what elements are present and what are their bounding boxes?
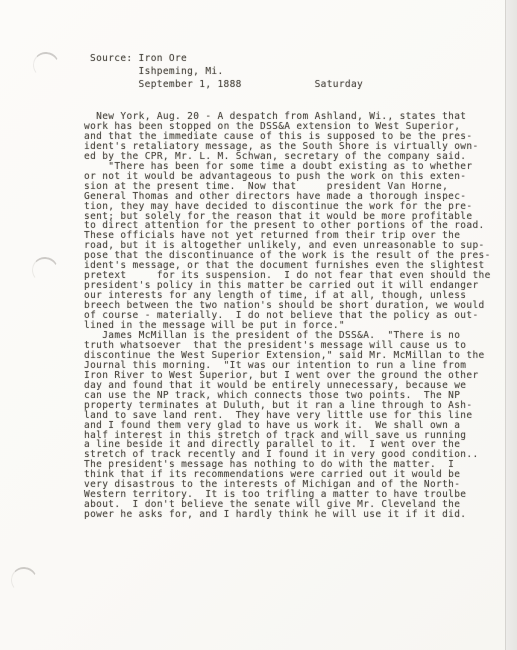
punch-hole-bottom: [9, 565, 38, 594]
paper-edge: [506, 0, 517, 650]
punch-hole-middle: [30, 255, 59, 284]
source-header: Source: Iron Ore Ishpeming, Mi. Septembe…: [90, 52, 363, 91]
punch-hole-top: [31, 50, 60, 79]
document-page: Source: Iron Ore Ishpeming, Mi. Septembe…: [0, 0, 506, 650]
document-body-text: New York, Aug. 20 - A despatch from Ashl…: [84, 112, 491, 520]
